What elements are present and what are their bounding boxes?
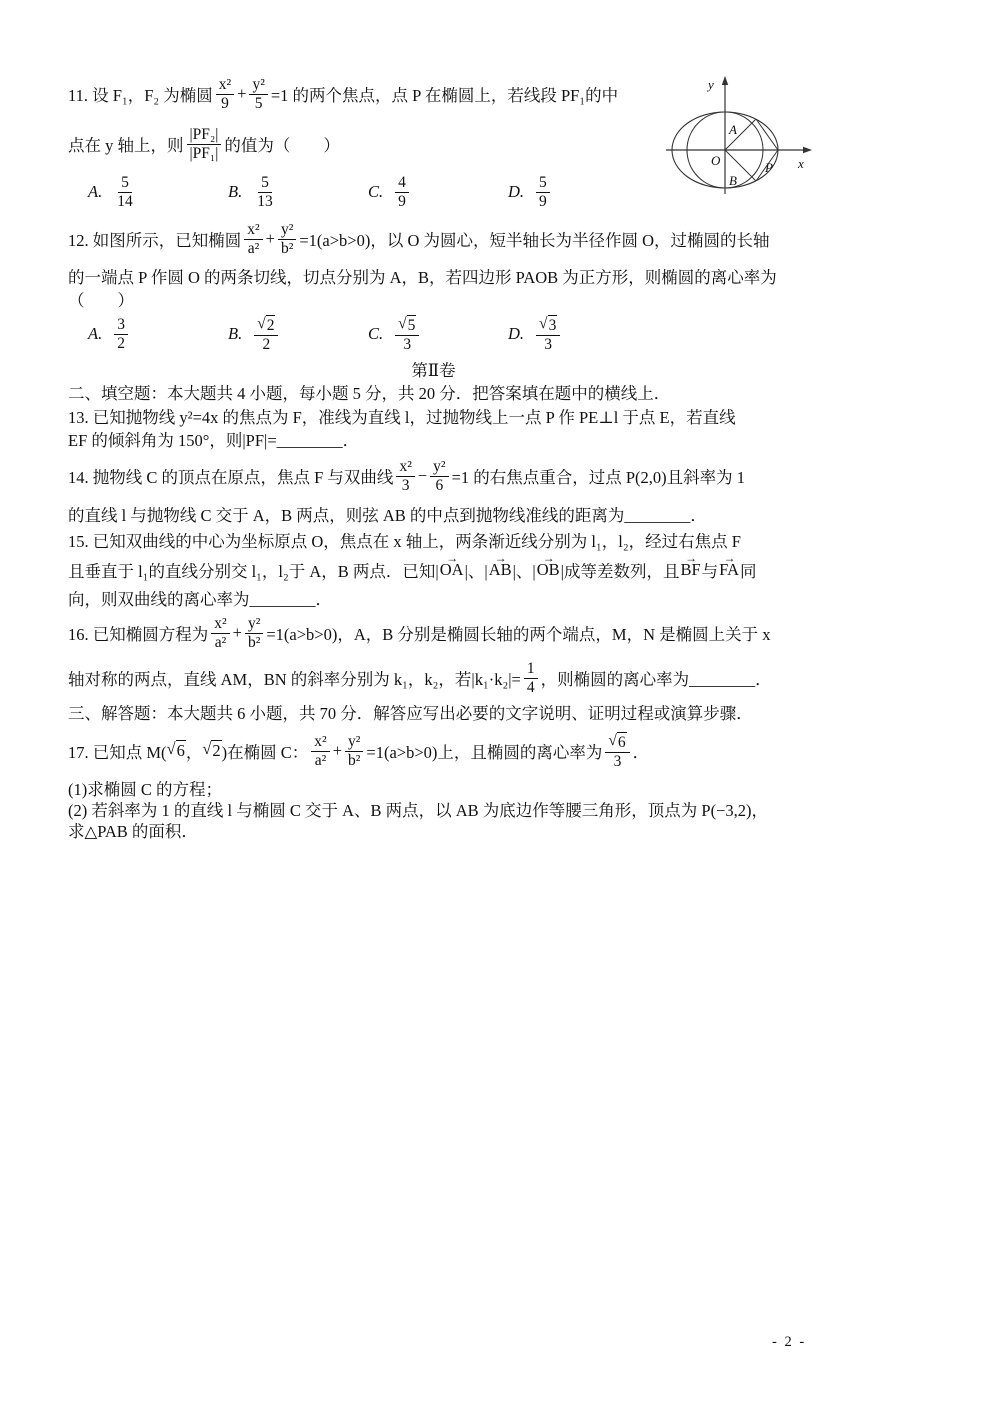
fraction: 514 (114, 174, 136, 210)
sqrt-expression: √3 (539, 315, 557, 335)
y-axis-arrow-icon (722, 76, 728, 85)
q13-line-1: 13. 已知抛物线 y²=4x 的焦点为 F，准线为直线 l，过抛物线上一点 P… (68, 404, 924, 427)
text-run: （ ） (68, 287, 134, 311)
text-run: 向，则双曲线的离心率为________． (68, 586, 332, 610)
q12-line-1: 12. 如图所示，已知椭圆x²a²+y²b²=1(a>b>0)，以 O 为圆心，… (68, 214, 924, 264)
text-run: (2) 若斜率为 1 的直线 l 与椭圆 C 交于 A、B 两点，以 AB 为底… (68, 797, 768, 821)
option-c: C.49 (368, 174, 508, 210)
q17-part-3: 求△PAB 的面积． (68, 819, 924, 841)
text-run: |、| (465, 558, 488, 582)
text-run: 的直线 l 与抛物线 C 交于 A，B 两点，则弦 AB 的中点到抛物线准线的距… (68, 502, 707, 526)
fraction: 14 (524, 660, 538, 696)
fraction: 59 (536, 174, 550, 210)
option-d: D.√33 (508, 315, 648, 354)
fraction: x²9 (216, 76, 234, 112)
q17-part-2: (2) 若斜率为 1 的直线 l 与椭圆 C 交于 A、B 两点，以 AB 为底… (68, 798, 924, 819)
text-run: 12. 如图所示，已知椭圆 (68, 227, 241, 251)
q17-part-1: (1)求椭圆 C 的方程； (68, 777, 924, 798)
fraction: x²3 (396, 458, 414, 494)
label-A: A (728, 122, 737, 137)
exam-page: 11. 设 F₁，F₂ 为椭圆x²9+y²5=1 的两个焦点，点 P 在椭圆上，… (0, 0, 992, 1403)
q16-line-1: 16. 已知椭圆方程为x²a²+y²b²=1(a>b>0)，A，B 分别是椭圆长… (68, 609, 924, 657)
fraction: √33 (536, 315, 560, 354)
fraction: y²5 (249, 76, 267, 112)
text-run: 的值为（ ） (224, 132, 340, 156)
q14-line-1: 14. 抛物线 C 的顶点在原点，焦点 F 与双曲线x²3−y²6=1 的右焦点… (68, 451, 924, 501)
text-run: =1 的右焦点重合，过点 P(2,0)且斜率为 1 (452, 464, 745, 488)
text-run: 的一端点 P 作圆 O 的两条切线，切点分别为 A，B，若四边形 PAOB 为正… (68, 264, 777, 288)
text-run: 16. 已知椭圆方程为 (68, 621, 208, 645)
fraction: x²a² (244, 221, 262, 257)
fraction: 513 (254, 174, 276, 210)
text-run: ． (633, 739, 650, 763)
label-y: y (706, 77, 714, 92)
q15-line-2: 且垂直于 l₁的直线分别交 l₁，l₂于 A，B 两点．已知|OA|、|AB|、… (68, 553, 924, 587)
option-d: D.59 (508, 174, 648, 210)
fraction: √53 (395, 315, 419, 354)
label-x: x (797, 156, 804, 171)
text-run: 轴对称的两点，直线 AM，BN 的斜率分别为 k₁，k₂，若|k₁·k₂|= (68, 666, 521, 690)
option-label: B. (228, 324, 242, 344)
text-run: 与 (702, 558, 719, 582)
text-run: 且垂直于 l₁的直线分别交 l₁，l₂于 A，B 两点．已知| (68, 558, 439, 582)
text-run: =1(a>b>0)，以 O 为圆心，短半轴长为半径作圆 O，过椭圆的长轴 (299, 227, 769, 251)
option-label: A. (88, 324, 102, 344)
text-run: 17. 已知点 M( (68, 739, 167, 763)
q15-line-3: 向，则双曲线的离心率为________． (68, 587, 924, 609)
section2-title: 第Ⅱ卷 (68, 358, 799, 380)
text-run: )在椭圆 C： (222, 739, 309, 763)
vector-OA: OA (440, 560, 464, 580)
option-a: A.32 (88, 316, 228, 352)
fraction: y²6 (430, 458, 448, 494)
text-run: 同 (740, 558, 757, 582)
q16-line-2: 轴对称的两点，直线 AM，BN 的斜率分别为 k₁，k₂，若|k₁·k₂|=14… (68, 657, 924, 699)
label-P: P (764, 160, 773, 175)
label-O: O (711, 153, 721, 168)
section3-desc: 三、解答题：本大题共 6 小题，共 70 分．解答应写出必要的文字说明、证明过程… (68, 699, 924, 725)
fraction: 49 (395, 174, 409, 210)
fraction: y²b² (245, 615, 263, 651)
vector-AB: AB (489, 560, 512, 580)
text-run: EF 的倾斜角为 150°，则|PF|=________． (68, 427, 359, 451)
q12-options: A.32B.√22C.√53D.√33 (68, 310, 924, 358)
sqrt-expression: √5 (398, 315, 416, 335)
text-run: =1(a>b>0)上，且椭圆的离心率为 (366, 739, 602, 763)
text-run: =1(a>b>0)，A，B 分别是椭圆长轴的两个端点，M，N 是椭圆上关于 x (266, 621, 770, 645)
option-label: D. (508, 324, 524, 344)
q11-ellipse-diagram: y x O A B P (658, 72, 836, 202)
x-axis-arrow-icon (803, 147, 812, 153)
fraction: x²a² (211, 615, 229, 651)
fraction: √22 (254, 315, 278, 354)
text-run: |、| (513, 558, 536, 582)
text-run: 15. 已知双曲线的中心为坐标原点 O，焦点在 x 轴上，两条渐近线分别为 l₁… (68, 528, 741, 552)
text-run: − (418, 466, 427, 486)
text-run: 13. 已知抛物线 y²=4x 的焦点为 F，准线为直线 l，过抛物线上一点 P… (68, 404, 736, 428)
text-run: ，则椭圆的离心率为________． (541, 666, 772, 690)
option-label: C. (368, 182, 383, 202)
option-b: B.√22 (228, 315, 368, 354)
option-label: D. (508, 182, 524, 202)
text-run: 点在 y 轴上，则 (68, 132, 184, 156)
sqrt-expression: √6 (167, 740, 186, 762)
label-B: B (729, 173, 737, 188)
q14-line-2: 的直线 l 与抛物线 C 交于 A，B 两点，则弦 AB 的中点到抛物线准线的距… (68, 501, 924, 527)
text-run: 11. 设 F₁，F₂ 为椭圆 (68, 82, 213, 106)
q15-line-1: 15. 已知双曲线的中心为坐标原点 O，焦点在 x 轴上，两条渐近线分别为 l₁… (68, 527, 924, 553)
vector-FA: FA (719, 560, 739, 580)
option-c: C.√53 (368, 315, 508, 354)
vector-OB: OB (537, 560, 560, 580)
vector-BF: BF (680, 560, 700, 580)
text-run: =1 的两个焦点，点 P 在椭圆上，若线段 PF₁的中 (271, 82, 618, 106)
sqrt-expression: √2 (202, 740, 221, 762)
text-run: |成等差数列，且 (561, 558, 680, 582)
q17-line-1: 17. 已知点 M(√6，√2)在椭圆 C：x²a²+y²b²=1(a>b>0)… (68, 725, 924, 777)
page-number: - 2 - (772, 1334, 806, 1351)
section2-desc: 二、填空题：本大题共 4 小题，每小题 5 分，共 20 分．把答案填在题中的横… (68, 380, 924, 404)
text-run: + (333, 741, 342, 761)
sqrt-expression: √6 (608, 732, 626, 752)
fraction: 32 (114, 316, 128, 352)
text-run: 求△PAB 的面积． (68, 818, 198, 842)
option-label: A. (88, 182, 102, 202)
option-b: B.513 (228, 174, 368, 210)
text-run: + (233, 623, 242, 643)
fraction: |PF₂||PF₁| (187, 126, 222, 162)
text-run: ， (186, 739, 203, 763)
option-label: C. (368, 324, 383, 344)
fraction: √63 (605, 732, 629, 771)
fraction: y²b² (345, 733, 363, 769)
option-label: B. (228, 182, 242, 202)
text-run: + (237, 84, 246, 104)
option-a: A.514 (88, 174, 228, 210)
q12-line-2: 的一端点 P 作圆 O 的两条切线，切点分别为 A，B，若四边形 PAOB 为正… (68, 264, 924, 288)
q13-line-2: EF 的倾斜角为 150°，则|PF|=________． (68, 427, 924, 451)
text-run: 14. 抛物线 C 的顶点在原点，焦点 F 与双曲线 (68, 464, 393, 488)
sqrt-expression: √2 (257, 315, 275, 335)
text-run: + (266, 229, 275, 249)
fraction: y²b² (278, 221, 296, 257)
q12-line-3: （ ） (68, 288, 924, 310)
fraction: x²a² (311, 733, 329, 769)
